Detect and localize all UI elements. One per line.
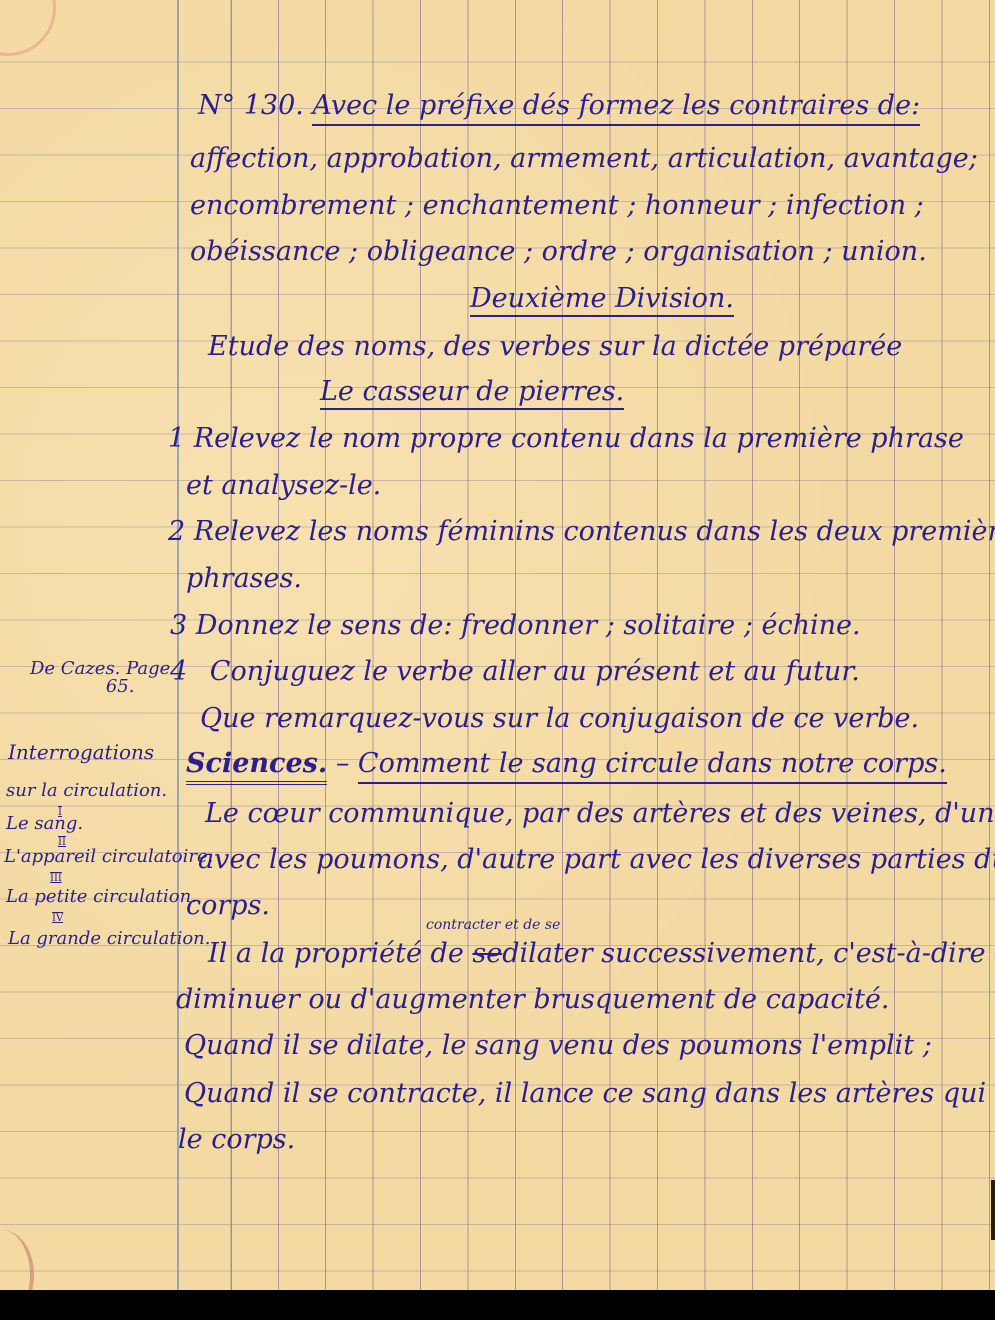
margin-note-item-1: Le sang. — [6, 815, 83, 833]
contract-line: Quand il se contracte, il lance ce sang … — [184, 1080, 995, 1107]
exercise-instruction: Avec le préfixe dés formez les contraire… — [312, 90, 920, 126]
notebook-page: N° 130. Avec le préfixe dés formez les c… — [0, 0, 995, 1290]
struck-word: se — [472, 938, 502, 969]
exercise-heading: N° 130. Avec le préfixe dés formez les c… — [198, 92, 920, 119]
paragraph-1-line-2: avec les poumons, d'autre part avec les … — [198, 846, 995, 873]
inserted-correction: contracter et de se — [426, 918, 560, 932]
roman-numeral-4: IV — [52, 914, 63, 924]
paragraph-1-line-1: Le cœur communique, par des artères et d… — [205, 800, 995, 827]
roman-numeral-3: III — [50, 874, 62, 884]
exercise-number: N° 130. — [198, 90, 304, 121]
study-subtitle: Etude des noms, des verbes sur la dictée… — [208, 333, 902, 360]
page-edge-stain — [0, 1230, 34, 1290]
margin-line — [177, 0, 179, 1290]
margin-notes-subtitle: sur la circulation. — [6, 782, 167, 800]
sciences-heading: Sciences. – Comment le sang circule dans… — [186, 750, 947, 777]
binding-edge — [991, 1180, 995, 1240]
page-corner-stain — [0, 0, 56, 56]
margin-reference: De Cazes. Page 65. — [30, 660, 170, 696]
word-list-line-3: obéissance ; obligeance ; ordre ; organi… — [190, 238, 927, 265]
question-3: 3 Donnez le sens de: fredonner ; solitai… — [170, 612, 861, 639]
paragraph-1-line-3: corps. — [186, 892, 270, 919]
question-2: 2 Relevez les noms féminins contenus dan… — [168, 518, 995, 545]
word-list-line-2: encombrement ; enchantement ; honneur ; … — [190, 192, 924, 219]
division-heading: Deuxième Division. — [470, 285, 734, 317]
margin-note-item-4: La grande circulation. — [8, 930, 211, 948]
dictation-title: Le casseur de pierres. — [320, 378, 624, 410]
paragraph-2-line-1: Il a la propriété de sedilater successiv… — [208, 940, 995, 967]
question-2-cont: phrases. — [186, 565, 302, 592]
question-4-cont: Que remarquez-vous sur la conjugaison de… — [200, 705, 919, 732]
question-4: 4 Conjuguez le verbe aller au présent et… — [170, 658, 860, 685]
word-list-line-1: affection, approbation, armement, articu… — [190, 145, 978, 172]
paragraph-2-line-2: diminuer ou d'augmenter brusquement de c… — [176, 986, 890, 1013]
margin-note-item-2: L'appareil circulatoire. — [4, 848, 213, 866]
sciences-title: Comment le sang circule dans notre corps… — [358, 748, 947, 784]
question-1: 1 Relevez le nom propre contenu dans la … — [168, 425, 964, 452]
margin-notes-title: Interrogations — [8, 742, 154, 762]
question-1-cont: et analysez-le. — [186, 472, 381, 499]
margin-note-item-3: La petite circulation. — [6, 888, 197, 906]
dilate-line: Quand il se dilate, le sang venu des pou… — [184, 1032, 932, 1059]
contract-line-end: le corps. — [178, 1126, 295, 1153]
sciences-label: Sciences. — [186, 748, 327, 785]
